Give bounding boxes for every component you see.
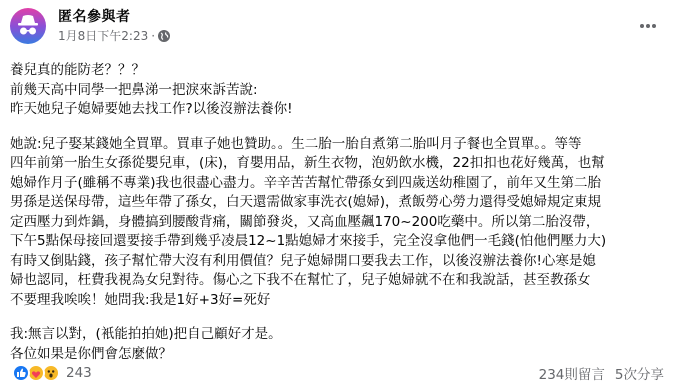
shares-count-link[interactable]: 5次分享 — [615, 363, 664, 383]
post-text-line: 她說:兒子娶某錢她全買單。買車子她也贊助。。生二胎一胎自煮第二胎叫月子餐也全買單… — [10, 135, 666, 155]
post-text-line: 昨天她兒子媳婦要她去找工作?以後沒辦法養你! — [10, 100, 666, 120]
reaction-count: 243 — [66, 365, 92, 381]
globe-icon — [158, 30, 170, 42]
anonymous-incognito-icon — [10, 8, 46, 44]
post-paragraph: 我:無言以對，(衹能拍拍她)把自己顧好才是。 各位如果是你們會怎麼做？ — [10, 325, 666, 364]
post-text-line: 婦也認同，枉費我視為女兒對待。傷心之下我不在幫忙了，兒子媳婦就不在和我說話，甚至… — [10, 271, 666, 291]
reactions-summary[interactable]: 243 — [12, 364, 92, 382]
avatar[interactable] — [10, 8, 46, 44]
post-text-line: 有時又倒貼錢，孩子幫忙帶大沒有利用價值？兒子媳婦開口要我去工作，以後沒辦法養你!… — [10, 252, 666, 272]
post-text-line: 定西壓力到炸鍋，身體搞到腰酸背痛，關節發炎，又高血壓飆170~200吃藥中。所以… — [10, 213, 666, 233]
post-paragraph: 她說:兒子娶某錢她全買單。買車子她也贊助。。生二胎一胎自煮第二胎叫月子餐也全買單… — [10, 135, 666, 311]
author-name[interactable]: 匿名參與者 — [58, 8, 170, 26]
post-header: 匿名參與者 1月8日下午2:23 · — [10, 6, 664, 46]
timestamp[interactable]: 1月8日下午2:23 — [58, 28, 148, 44]
post-text-line: 下午5點保母接回還要接手帶到幾乎凌晨12~1點媳婦才來接手，完全沒拿他們一毛錢(… — [10, 232, 666, 252]
post-meta: 匿名參與者 1月8日下午2:23 · — [58, 8, 170, 44]
post-text-line: 養兒真的能防老？？？ — [10, 61, 666, 81]
comments-count-link[interactable]: 234則留言 — [539, 363, 605, 383]
post-body: 養兒真的能防老？？？ 前幾天高中同學一把鼻涕一把淚來訴苦說: 昨天她兒子媳婦要她… — [10, 61, 666, 379]
separator: · — [151, 28, 155, 44]
like-icon — [12, 364, 30, 382]
post-text-line: 男孫是送保母帶，這些年帶了孫女，白天還需做家事洗衣(媳婦)，煮飯勞心勞力還得受媳… — [10, 193, 666, 213]
post-paragraph: 養兒真的能防老？？？ 前幾天高中同學一把鼻涕一把淚來訴苦說: 昨天她兒子媳婦要她… — [10, 61, 666, 120]
post-text-line: 不要理我唉唉！她問我:我是1好+3好=死好 — [10, 291, 666, 311]
timestamp-row: 1月8日下午2:23 · — [58, 28, 170, 44]
post-text-line: 前幾天高中同學一把鼻涕一把淚來訴苦說: — [10, 81, 666, 101]
post-stats: 234則留言 5次分享 — [539, 363, 664, 383]
post-text-line: 四年前第一胎生女孫從嬰兒車，(床)，育嬰用品，新生衣物，泡奶飲水機，22扣扣也花… — [10, 154, 666, 174]
more-options-icon[interactable] — [636, 18, 660, 34]
post-text-line: 我:無言以對，(衹能拍拍她)把自己顧好才是。 — [10, 325, 666, 345]
post-footer: 243 234則留言 5次分享 — [12, 362, 664, 384]
post-text-line: 媳婦作月子(雖稱不專業)我也很盡心盡力。辛辛苦苦幫忙帶孫女到四歲送幼稚園了，前年… — [10, 174, 666, 194]
